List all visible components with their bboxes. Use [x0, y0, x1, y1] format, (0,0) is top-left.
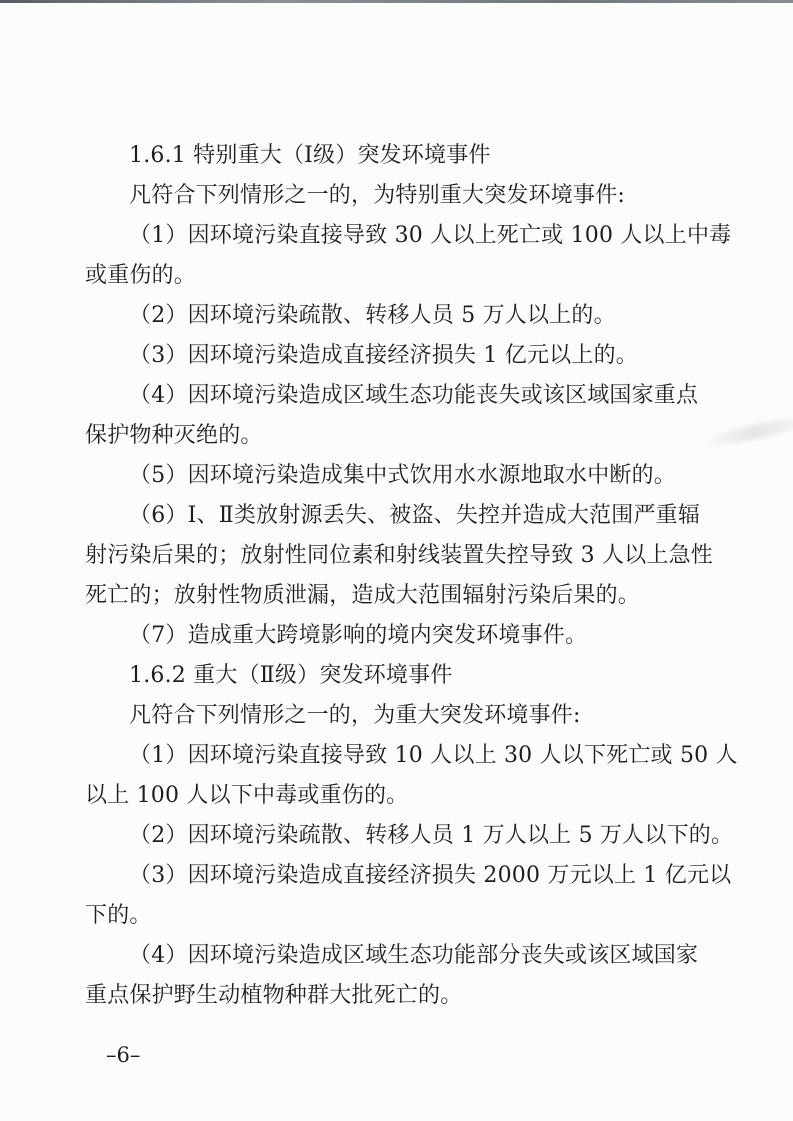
doc-line: （2）因环境污染疏散、转移人员 1 万人以上 5 万人以下的。: [85, 816, 730, 856]
doc-line: 凡符合下列情形之一的，为重大突发环境事件:: [85, 696, 730, 736]
doc-line: （4）因环境污染造成区域生态功能部分丧失或该区域国家: [85, 936, 730, 976]
doc-line: 凡符合下列情形之一的，为特别重大突发环境事件:: [85, 176, 730, 216]
document-page: 1.6.1 特别重大（Ⅰ级）突发环境事件 凡符合下列情形之一的，为特别重大突发环…: [85, 136, 730, 1016]
page-number: –6–: [106, 1040, 140, 1070]
doc-line: （5）因环境污染造成集中式饮用水水源地取水中断的。: [85, 456, 730, 496]
doc-line: 保护物种灭绝的。: [85, 416, 730, 456]
doc-line: （3）因环境污染造成直接经济损失 1 亿元以上的。: [85, 336, 730, 376]
doc-line: （1）因环境污染直接导致 10 人以上 30 人以下死亡或 50 人: [85, 736, 730, 776]
section-heading-1-6-1: 1.6.1 特别重大（Ⅰ级）突发环境事件: [85, 136, 730, 176]
doc-line: （3）因环境污染造成直接经济损失 2000 万元以上 1 亿元以: [85, 856, 730, 896]
scan-edge-line: [0, 0, 793, 3]
doc-line: 以上 100 人以下中毒或重伤的。: [85, 776, 730, 816]
doc-line: （7）造成重大跨境影响的境内突发环境事件。: [85, 616, 730, 656]
doc-line: （2）因环境污染疏散、转移人员 5 万人以上的。: [85, 296, 730, 336]
section-heading-1-6-2: 1.6.2 重大（Ⅱ级）突发环境事件: [85, 656, 730, 696]
doc-line: 下的。: [85, 896, 730, 936]
doc-line: 射污染后果的；放射性同位素和射线装置失控导致 3 人以上急性: [85, 536, 730, 576]
doc-line: 或重伤的。: [85, 256, 730, 296]
doc-line: （1）因环境污染直接导致 30 人以上死亡或 100 人以上中毒: [85, 216, 730, 256]
doc-line: 死亡的；放射性物质泄漏，造成大范围辐射污染后果的。: [85, 576, 730, 616]
doc-line: 重点保护野生动植物种群大批死亡的。: [85, 976, 730, 1016]
doc-line: （6）Ⅰ、Ⅱ类放射源丢失、被盗、失控并造成大范围严重辐: [85, 496, 730, 536]
doc-line: （4）因环境污染造成区域生态功能丧失或该区域国家重点: [85, 376, 730, 416]
